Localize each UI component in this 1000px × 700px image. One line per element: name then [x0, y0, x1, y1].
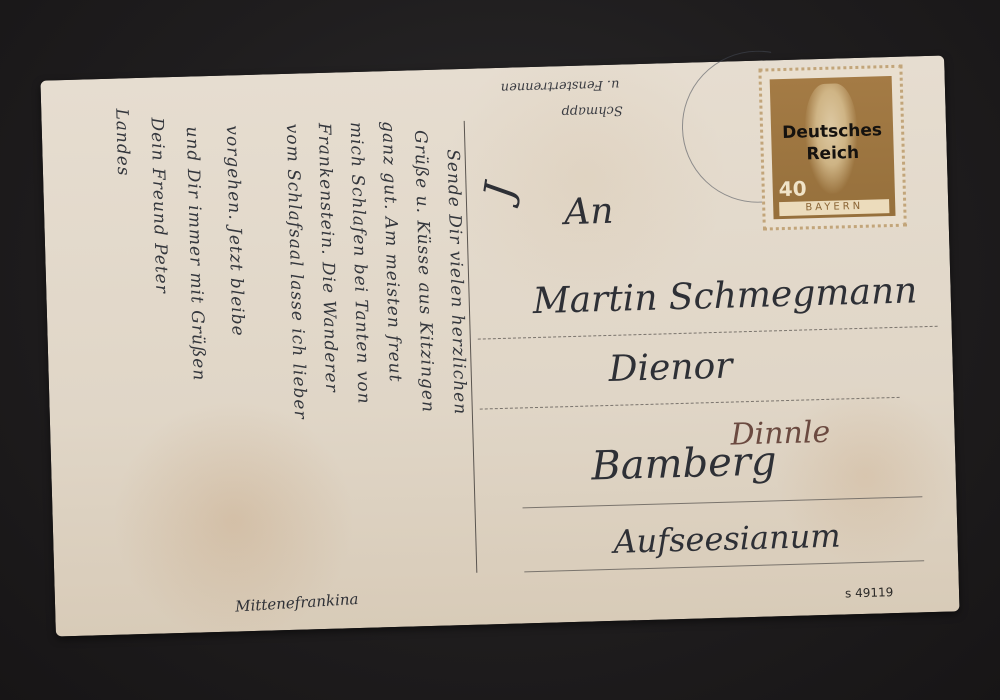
printed-serial-number: s 49119	[845, 585, 894, 600]
address-line-3: Bamberg	[591, 438, 777, 489]
address-rule	[480, 397, 900, 410]
upside-down-note-line: Schmapp	[561, 102, 623, 119]
stamp-overprint: Deutsches	[771, 120, 894, 143]
address-line-4: Aufseesianum	[613, 517, 841, 561]
message-line: Frankenstein. Die Wanderer	[314, 123, 342, 393]
address-rule	[478, 326, 938, 340]
message-line: Grüße u. Küsse aus Kitzingen	[410, 130, 438, 413]
stamp-value: 40	[778, 176, 807, 201]
message-line: mich Schlafen bei Tanten von	[346, 122, 374, 405]
address-prefix-mark: J	[476, 180, 524, 203]
stamp-overprint: Reich	[772, 142, 895, 165]
postcard: Sende Dir vielen herzlichen Grüße u. Küs…	[40, 55, 959, 636]
address-line-2: Dienor	[608, 346, 733, 390]
message-line: vorgehen. Jetzt bleibe	[222, 125, 248, 337]
message-footer: Mittenefrankina	[235, 590, 359, 616]
stamp-country: BAYERN	[779, 199, 889, 216]
upside-down-note-line: u. Fenstertrennen	[501, 77, 620, 95]
address-line-1: Martin Schmegmann	[532, 270, 918, 322]
address-salutation: An	[564, 191, 614, 233]
message-line: Dein Freund Peter	[146, 117, 171, 294]
address-rule	[524, 560, 924, 572]
handwritten-message: Sende Dir vielen herzlichen Grüße u. Küs…	[71, 89, 475, 620]
message-line: vom Schlafsaal lasse ich lieber	[282, 123, 310, 419]
message-line: Landes	[111, 108, 133, 177]
postage-stamp: Deutsches Reich 40 BAYERN	[758, 65, 906, 231]
message-line: ganz gut. Am meisten freut	[378, 121, 405, 383]
message-line: und Dir immer mit Grüßen	[182, 126, 209, 381]
address-rule	[523, 496, 923, 508]
